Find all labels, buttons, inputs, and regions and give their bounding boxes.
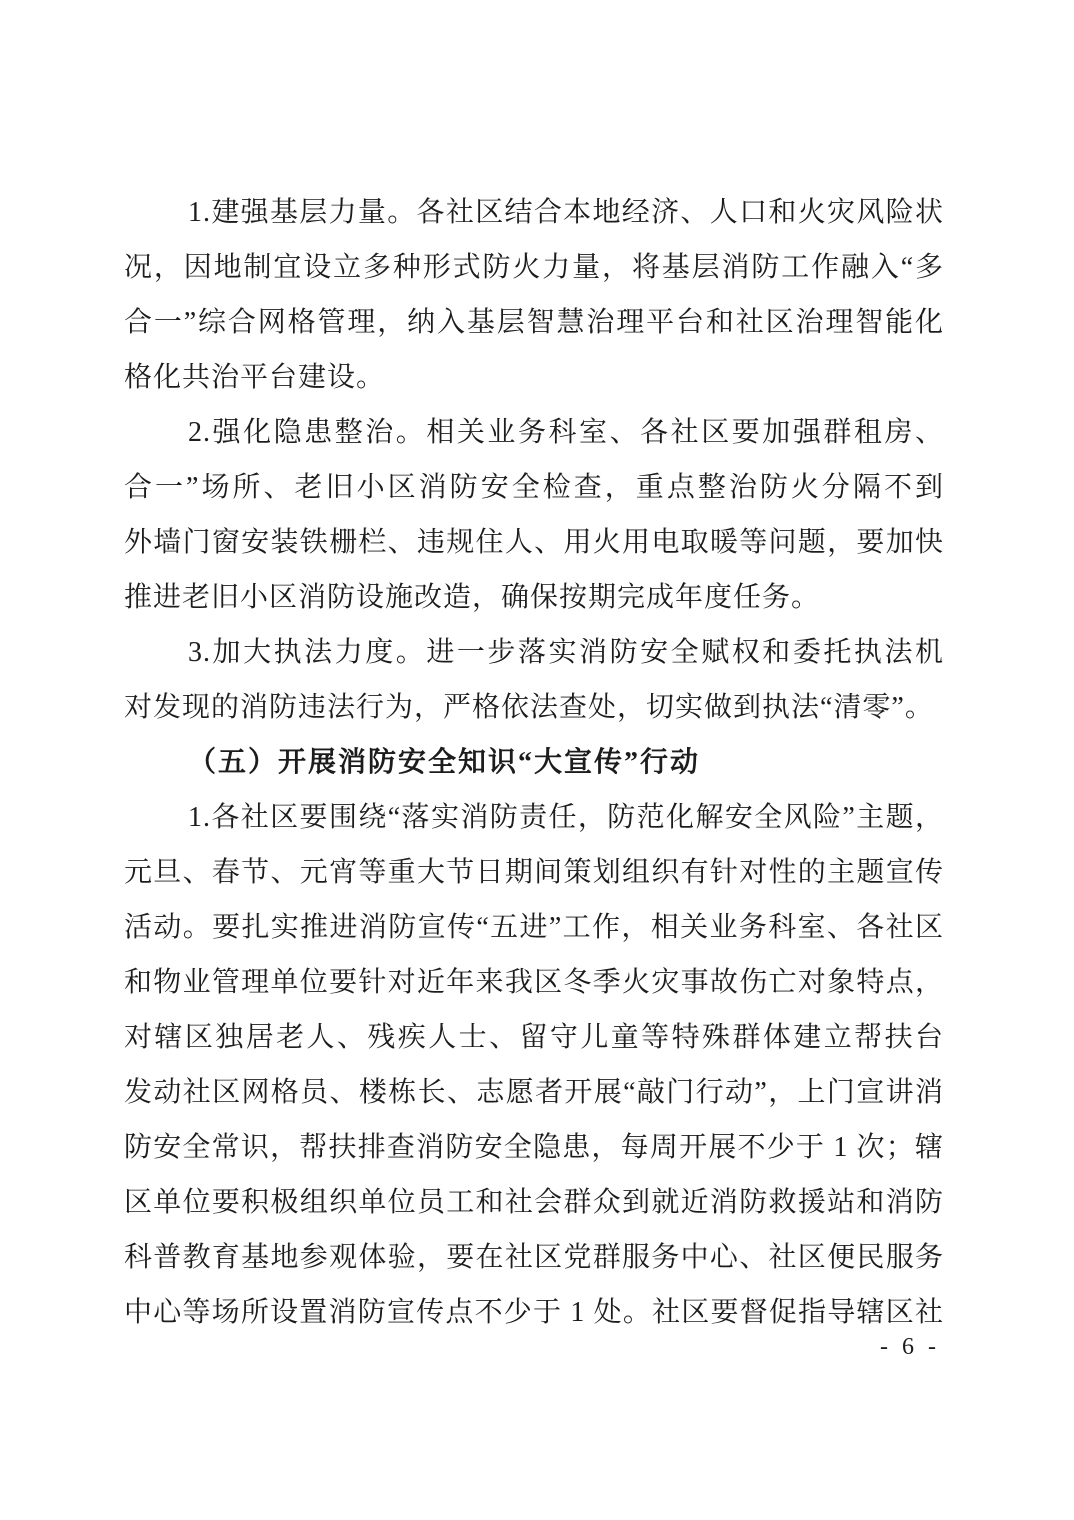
body-text-line: 外墙门窗安装铁栅栏、违规住人、用火用电取暖等问题，要加快 [124,515,944,570]
page-number: - 6 - [880,1334,940,1361]
body-text-line: 2.强化隐患整治。相关业务科室、各社区要加强群租房、“三 [124,405,944,460]
body-text-line: 1.建强基层力量。各社区结合本地经济、人口和火灾风险状 [124,185,944,240]
body-text-line: 防安全常识，帮扶排查消防安全隐患，每周开展不少于 1 次；辖 [124,1120,944,1175]
text-block: 1.建强基层力量。各社区结合本地经济、人口和火灾风险状况，因地制宜设立多种形式防… [124,185,944,1340]
section-heading-line: （五）开展消防安全知识“大宣传”行动 [124,735,944,790]
body-text-line: 科普教育基地参观体验，要在社区党群服务中心、社区便民服务 [124,1230,944,1285]
body-text-line: 合一”场所、老旧小区消防安全检查，重点整治防火分隔不到位、 [124,460,944,515]
document-page: 1.建强基层力量。各社区结合本地经济、人口和火灾风险状况，因地制宜设立多种形式防… [0,0,1074,1520]
body-text-line: 况，因地制宜设立多种形式防火力量，将基层消防工作融入“多网 [124,240,944,295]
body-text-line: 活动。要扎实推进消防宣传“五进”工作，相关业务科室、各社区 [124,900,944,955]
body-text-line: 3.加大执法力度。进一步落实消防安全赋权和委托执法机制， [124,625,944,680]
body-text-line: 和物业管理单位要针对近年来我区冬季火灾事故伤亡对象特点， [124,955,944,1010]
body-text-line: 对发现的消防违法行为，严格依法查处，切实做到执法“清零”。 [124,680,944,735]
body-text-line: 格化共治平台建设。 [124,350,944,405]
body-text-line: 元旦、春节、元宵等重大节日期间策划组织有针对性的主题宣传 [124,845,944,900]
body-text-line: 推进老旧小区消防设施改造，确保按期完成年度任务。 [124,570,944,625]
body-text-line: 发动社区网格员、楼栋长、志愿者开展“敲门行动”，上门宣讲消 [124,1065,944,1120]
body-text-line: 对辖区独居老人、残疾人士、留守儿童等特殊群体建立帮扶台账， [124,1010,944,1065]
body-text-line: 1.各社区要围绕“落实消防责任，防范化解安全风险”主题，在 [124,790,944,845]
body-text-line: 合一”综合网格管理，纳入基层智慧治理平台和社区治理智能化网 [124,295,944,350]
body-text-line: 中心等场所设置消防宣传点不少于 1 处。社区要督促指导辖区社 [124,1285,944,1340]
body-text-line: 区单位要积极组织单位员工和社会群众到就近消防救援站和消防 [124,1175,944,1230]
